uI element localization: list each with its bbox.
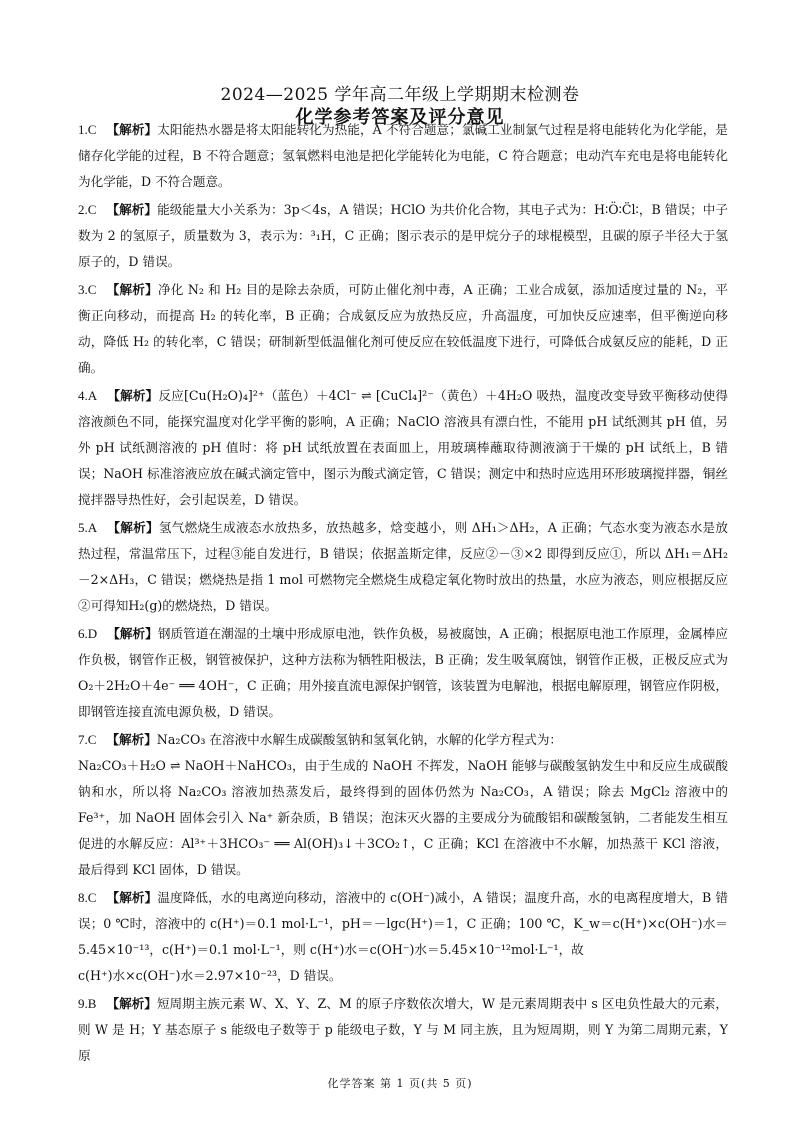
question-8: 8.C【解析】温度降低，水的电离逆向移动，溶液中的 c(OH⁻)减小，A 错误；… (78, 885, 728, 989)
question-number: 5.A (78, 520, 97, 535)
question-number: 1.C (78, 122, 96, 137)
analysis-text: Na₂CO₃ 在溶液中水解生成碳酸氢钠和氢氧化钠，水解的化学方程式为： (157, 732, 562, 747)
exam-title: 2024—2025 学年高二年级上学期期末检测卷 (0, 80, 800, 105)
question-6: 6.D【解析】钢质管道在潮湿的土壤中形成原电池，铁作负极，易被腐蚀，A 正确；根… (78, 621, 728, 725)
analysis-text: 反应[Cu(H₂O)₄]²⁺（蓝色）＋4Cl⁻ ⇌ [CuCl₄]²⁻（黄色）＋… (78, 388, 728, 507)
page-footer: 化学答案 第 1 页(共 5 页) (0, 1075, 800, 1091)
analysis-text: 钢质管道在潮湿的土壤中形成原电池，铁作负极，易被腐蚀，A 正确；根据原电池工作原… (78, 626, 728, 719)
analysis-tag: 【解析】 (106, 282, 158, 297)
question-4: 4.A【解析】反应[Cu(H₂O)₄]²⁺（蓝色）＋4Cl⁻ ⇌ [CuCl₄]… (78, 383, 728, 513)
analysis-tag: 【解析】 (106, 732, 156, 747)
question-1: 1.C【解析】太阳能热水器是将太阳能转化为热能，A 不符合题意；氯碱工业制氯气过… (78, 117, 728, 195)
question-2: 2.C【解析】能级能量大小关系为：3p＜4s，A 错误；HClO 为共价化合物，… (78, 197, 728, 275)
analysis-text-continued: c(H⁺)水×c(OH⁻)水＝2.97×10⁻²³，D 错误。 (78, 968, 342, 983)
analysis-text: 太阳能热水器是将太阳能转化为热能，A 不符合题意；氯碱工业制氯气过程是将电能转化… (78, 122, 728, 189)
analysis-tag: 【解析】 (107, 520, 159, 535)
question-number: 6.D (78, 626, 97, 641)
analysis-text: 能级能量大小关系为：3p＜4s，A 错误；HClO 为共价化合物，其电子式为：H… (78, 202, 728, 269)
analysis-text: 温度降低，水的电离逆向移动，溶液中的 c(OH⁻)减小，A 错误；温度升高，水的… (78, 890, 728, 957)
analysis-tag: 【解析】 (106, 890, 157, 905)
question-number: 9.B (78, 996, 96, 1011)
question-5: 5.A【解析】氢气燃烧生成液态水放热多，放热越多，焓变越小，则 ΔH₁＞ΔH₂，… (78, 515, 728, 619)
analysis-text-continued: Na₂CO₃＋H₂O ⇌ NaOH＋NaHCO₃，由于生成的 NaOH 不挥发，… (78, 758, 728, 877)
question-number: 3.C (78, 282, 96, 297)
analysis-text: 净化 N₂ 和 H₂ 目的是除去杂质，可防止催化剂中毒，A 正确；工业合成氨，添… (78, 282, 728, 375)
answer-list: 1.C【解析】太阳能热水器是将太阳能转化为热能，A 不符合题意；氯碱工业制氯气过… (78, 117, 728, 1071)
question-7: 7.C【解析】Na₂CO₃ 在溶液中水解生成碳酸氢钠和氢氧化钠，水解的化学方程式… (78, 727, 728, 883)
question-number: 2.C (78, 202, 96, 217)
analysis-tag: 【解析】 (107, 626, 158, 641)
question-number: 8.C (78, 890, 96, 905)
analysis-tag: 【解析】 (107, 388, 158, 403)
question-number: 4.A (78, 388, 97, 403)
analysis-text: 短周期主族元素 W、X、Y、Z、M 的原子序数依次增大，W 是元素周期表中 s … (78, 996, 728, 1063)
analysis-text: 氢气燃烧生成液态水放热多，放热越多，焓变越小，则 ΔH₁＞ΔH₂，A 正确；气态… (78, 520, 728, 613)
question-3: 3.C【解析】净化 N₂ 和 H₂ 目的是除去杂质，可防止催化剂中毒，A 正确；… (78, 277, 728, 381)
analysis-tag: 【解析】 (106, 996, 157, 1011)
question-9: 9.B【解析】短周期主族元素 W、X、Y、Z、M 的原子序数依次增大，W 是元素… (78, 991, 728, 1069)
analysis-tag: 【解析】 (106, 122, 157, 137)
question-number: 7.C (78, 732, 96, 747)
analysis-tag: 【解析】 (106, 202, 157, 217)
